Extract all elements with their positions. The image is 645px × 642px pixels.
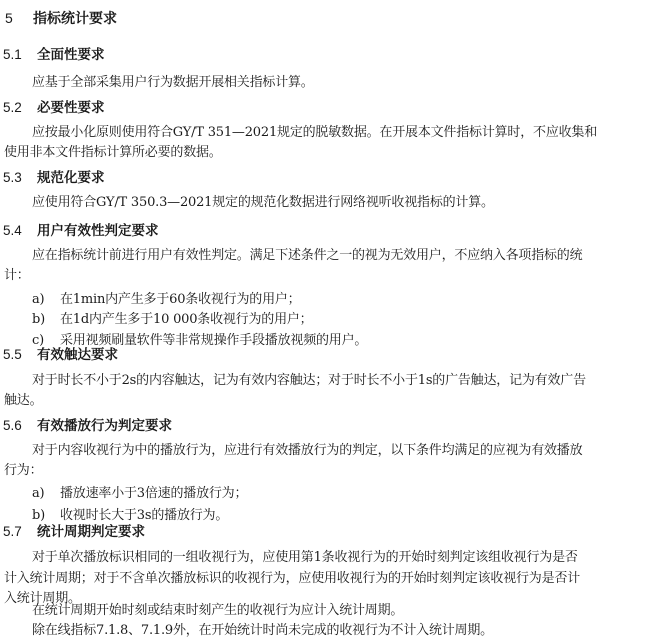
- subsection-title: 有效触达要求: [37, 347, 118, 363]
- paragraph-line: 行为：: [4, 459, 42, 478]
- subsection-title: 用户有效性判定要求: [37, 223, 159, 239]
- subsection-heading-5-4: 5.4用户有效性判定要求: [0, 219, 159, 239]
- list-item: b)在1d内产生多于10 000条收视行为的用户；: [32, 308, 312, 327]
- subsection-number: 5.5: [0, 347, 37, 362]
- list-marker: a): [32, 292, 60, 307]
- list-item-text: 播放速率小于3倍速的播放行为；: [60, 486, 247, 501]
- subsection-number: 5.7: [0, 524, 37, 539]
- paragraph-line: 应按最小化原则使用符合GY/T 351—2021规定的脱敏数据。在开展本文件指标…: [32, 121, 597, 140]
- paragraph-line: 对于单次播放标识相同的一组收视行为，应使用第1条收视行为的开始时刻判定该组收视行…: [32, 546, 578, 565]
- paragraph-line: 对于内容收视行为中的播放行为，应进行有效播放行为的判定，以下条件均满足的应视为有…: [32, 439, 582, 458]
- paragraph-line: 触达。: [4, 389, 42, 408]
- subsection-heading-5-3: 5.3规范化要求: [0, 166, 105, 186]
- subsection-heading-5-6: 5.6有效播放行为判定要求: [0, 414, 172, 434]
- list-item: a)播放速率小于3倍速的播放行为；: [32, 482, 247, 501]
- section-number: 5: [0, 10, 33, 26]
- list-item-text: 在1d内产生多于10 000条收视行为的用户；: [60, 312, 312, 327]
- paragraph-line: 应使用符合GY/T 350.3—2021规定的规范化数据进行网络视听收视指标的计…: [32, 191, 494, 210]
- paragraph-line: 在统计周期开始时刻或结束时刻产生的收视行为应计入统计周期。: [32, 599, 403, 618]
- subsection-heading-5-7: 5.7统计周期判定要求: [0, 520, 145, 540]
- list-item: a)在1min内产生多于60条收视行为的用户；: [32, 288, 300, 307]
- list-item-text: 在1min内产生多于60条收视行为的用户；: [60, 292, 300, 307]
- paragraph-line: 对于时长不小于2s的内容触达，记为有效内容触达；对于时长不小于1s的广告触达，记…: [32, 369, 586, 388]
- paragraph-line: 使用非本文件指标计算所必要的数据。: [4, 141, 222, 160]
- subsection-title: 统计周期判定要求: [37, 524, 145, 540]
- subsection-title: 必要性要求: [37, 100, 105, 116]
- list-marker: a): [32, 486, 60, 501]
- subsection-heading-5-2: 5.2必要性要求: [0, 96, 105, 116]
- paragraph-line: 应在指标统计前进行用户有效性判定。满足下述条件之一的视为无效用户，不应纳入各项指…: [32, 244, 582, 263]
- list-marker: b): [32, 312, 60, 327]
- paragraph-line: 计：: [4, 264, 30, 283]
- subsection-number: 5.6: [0, 418, 37, 433]
- subsection-number: 5.2: [0, 100, 37, 115]
- section-title: 指标统计要求: [33, 11, 117, 27]
- paragraph-line: 除在线指标7.1.8、7.1.9外，在开始统计时尚未完成的收视行为不计入统计周期…: [32, 619, 493, 638]
- subsection-number: 5.1: [0, 47, 37, 62]
- subsection-number: 5.4: [0, 223, 37, 238]
- subsection-title: 全面性要求: [37, 47, 105, 63]
- subsection-heading-5-1: 5.1全面性要求: [0, 43, 105, 63]
- section-heading: 5指标统计要求: [0, 8, 117, 28]
- subsection-number: 5.3: [0, 170, 37, 185]
- subsection-title: 有效播放行为判定要求: [37, 418, 172, 434]
- paragraph-line: 应基于全部采集用户行为数据开展相关指标计算。: [32, 71, 314, 90]
- subsection-title: 规范化要求: [37, 170, 105, 186]
- paragraph-line: 计入统计周期；对于不含单次播放标识的收视行为，应使用收视行为的开始时刻判定该收视…: [4, 567, 580, 586]
- subsection-heading-5-5: 5.5有效触达要求: [0, 343, 118, 363]
